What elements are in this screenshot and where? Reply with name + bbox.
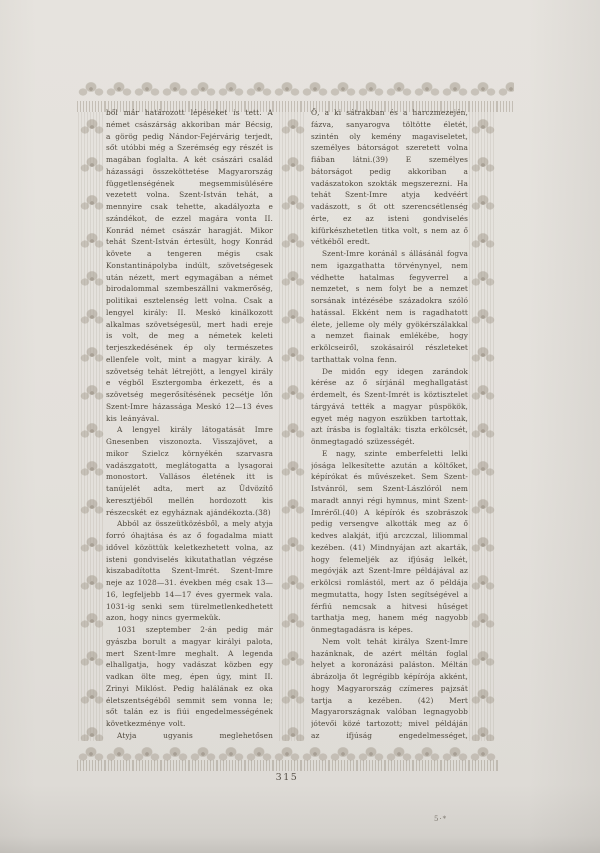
- book-page: ből már határozott lépéseket is tett. A …: [0, 0, 600, 853]
- paragraph: E nagy, szinte emberfeletti lelki jósága…: [311, 448, 468, 636]
- page-number: 315: [78, 772, 496, 783]
- paragraph: De midőn egy idegen zarándok kérése az ő…: [311, 366, 468, 448]
- printer-signature-mark: 5·*: [434, 815, 447, 823]
- paragraph: 1031 szeptember 2-án pedig már gyászba b…: [106, 624, 273, 730]
- paragraph: A lengyel király látogatását Imre Gnesen…: [106, 424, 273, 518]
- text-column-left: ből már határozott lépéseket is tett. A …: [106, 107, 273, 740]
- paragraph: Abból az összeütközésből, a mely atyja f…: [106, 518, 273, 624]
- paragraph: Atyja ugyanis meglehetősen elégedetlen v…: [106, 730, 273, 740]
- ornament-border-left: [78, 112, 105, 741]
- ornament-border-right: [469, 112, 495, 741]
- ornament-column-divider: [279, 112, 306, 741]
- paragraph: Nem volt tehát királya Szent-Imre hazánk…: [311, 636, 468, 740]
- paragraph: Ő, a ki sátrakban és a harczmezején, fáz…: [311, 107, 468, 248]
- paragraph: Szent-Imre koránál s állásánál fogva nem…: [311, 248, 468, 366]
- text-column-right: Ő, a ki sátrakban és a harczmezején, fáz…: [311, 107, 468, 740]
- ornament-border-bottom: [77, 741, 498, 771]
- paragraph: ből már határozott lépéseket is tett. A …: [106, 107, 273, 424]
